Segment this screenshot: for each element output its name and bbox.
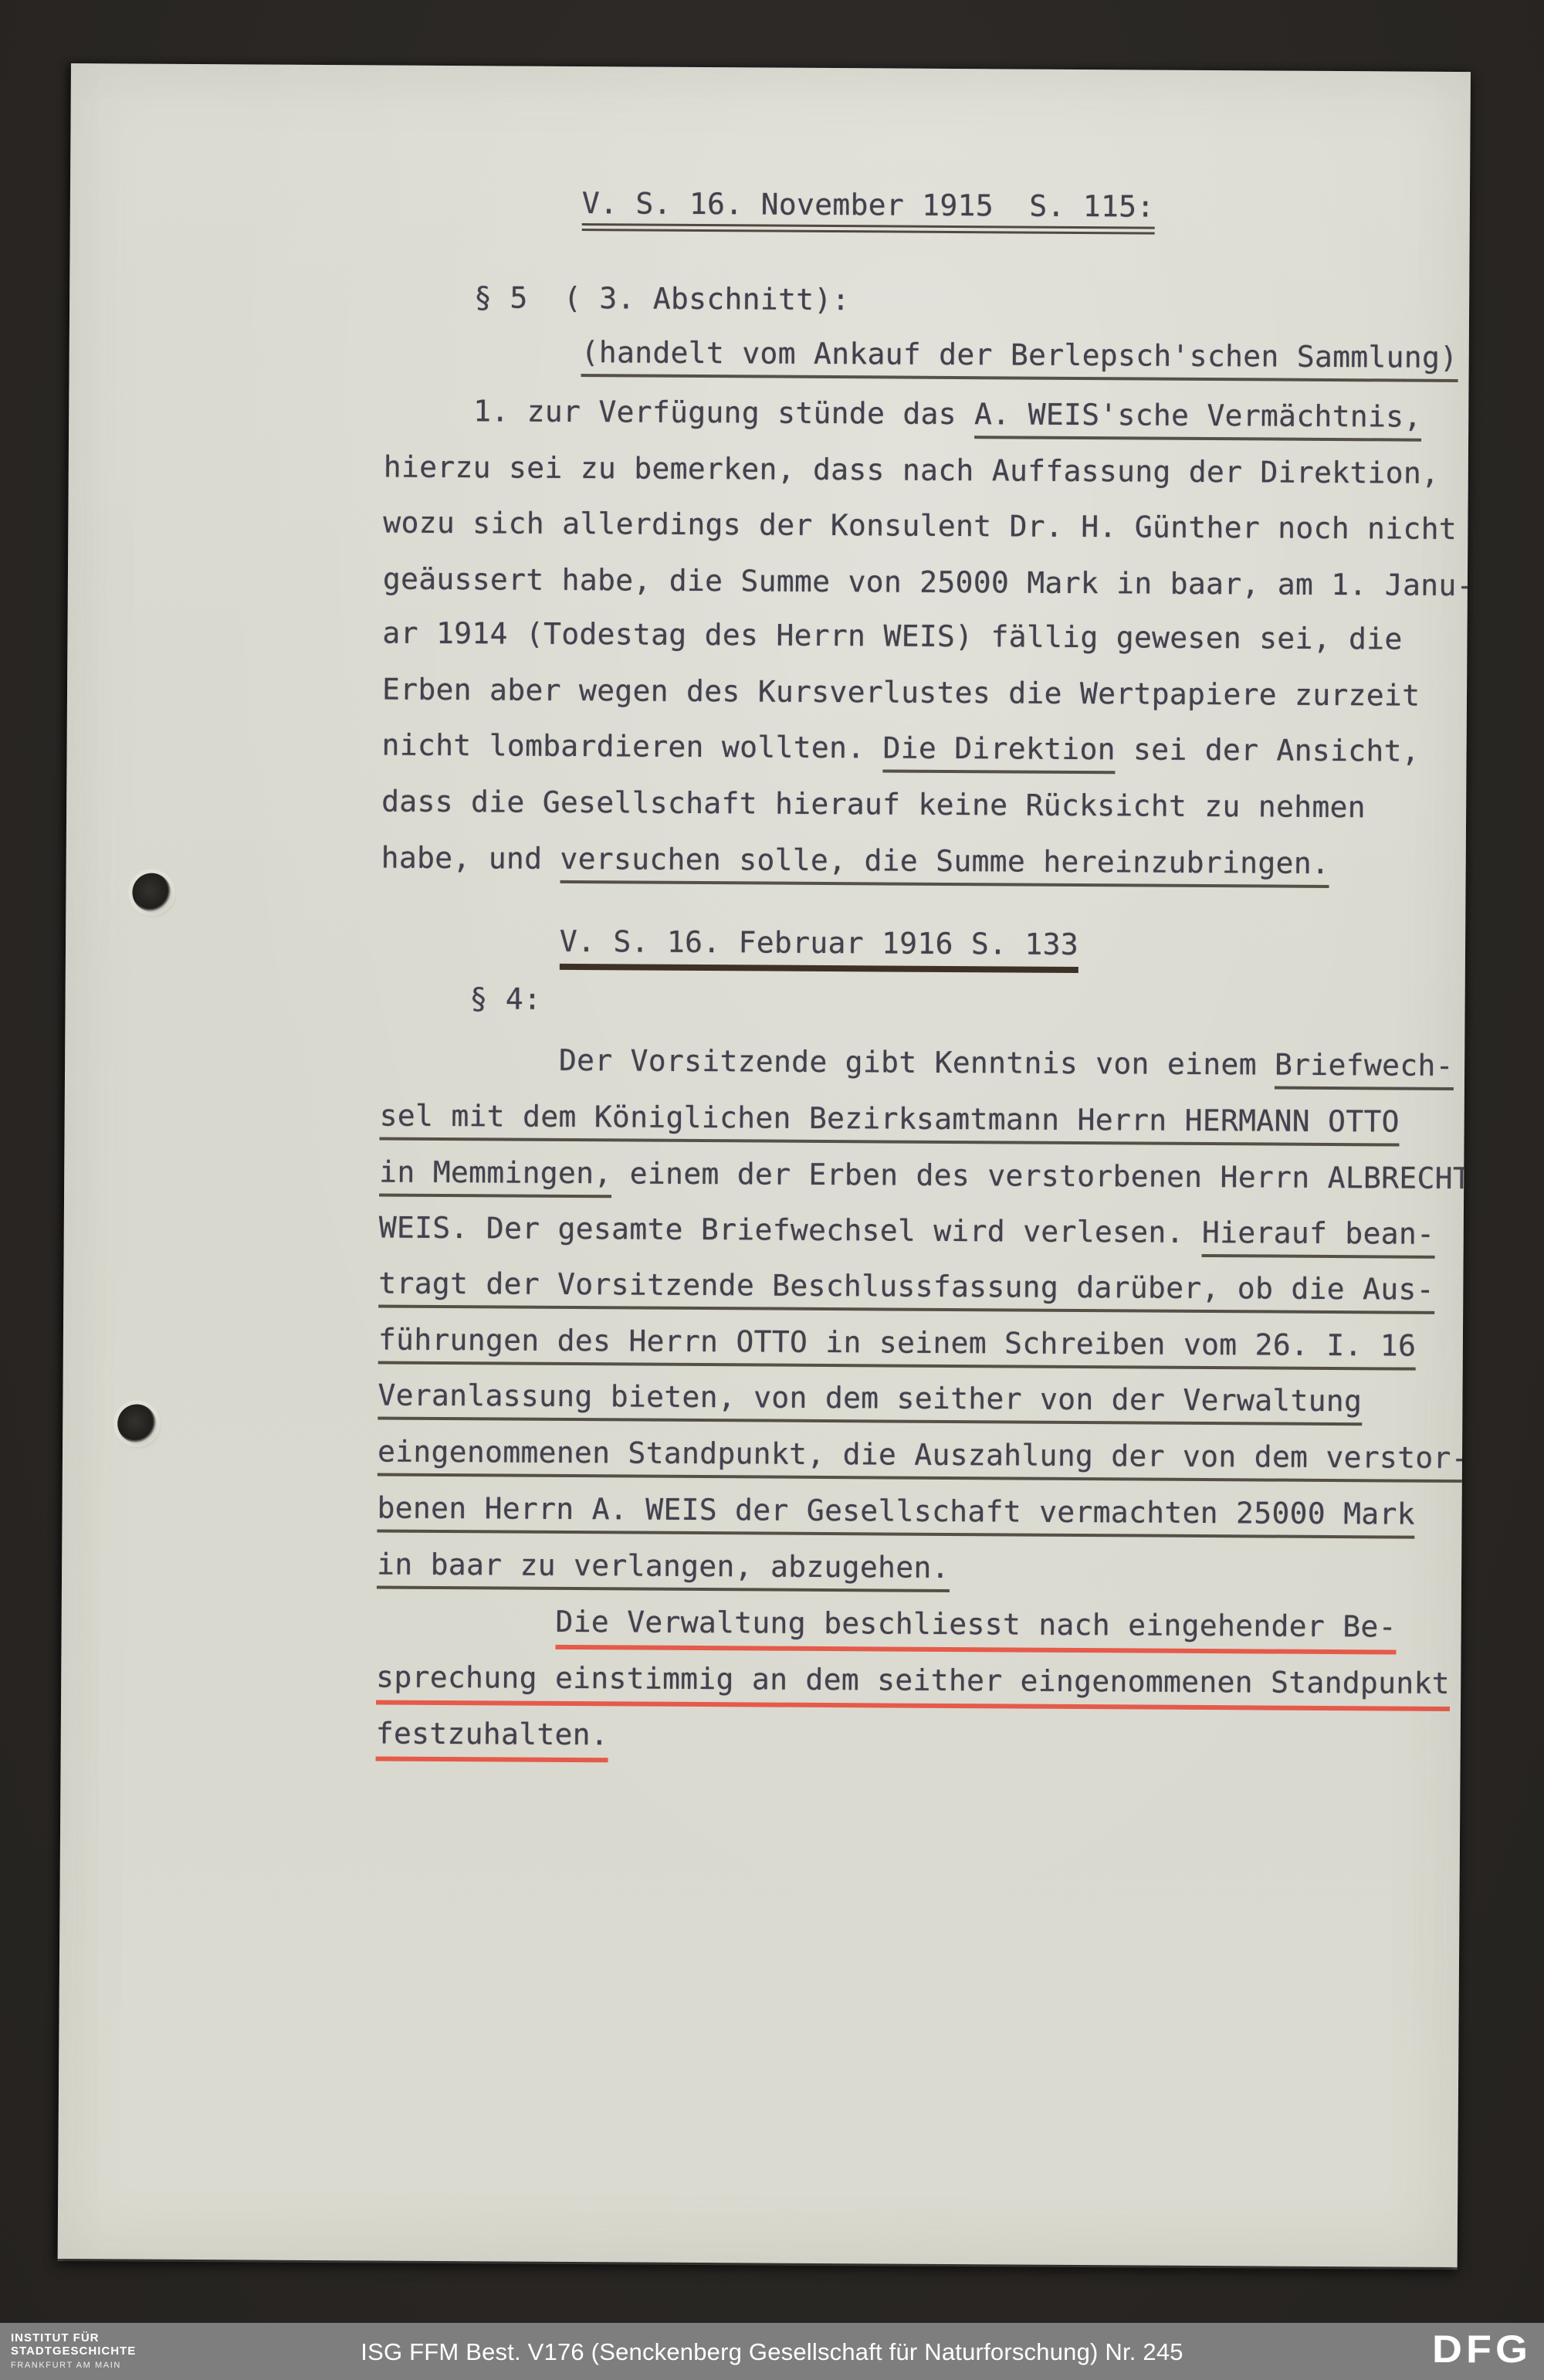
typewritten-line: wozu sich allerdings der Konsulent Dr. H… xyxy=(383,505,1457,545)
typewritten-line: V. S. 16. Februar 1916 S. 133 xyxy=(560,924,1079,973)
underlined-text: Die Direktion xyxy=(882,731,1116,774)
text-segment: nicht lombardieren wollten. xyxy=(381,727,882,765)
underlined-text: versuchen solle, die Summe hereinzubring… xyxy=(560,842,1329,888)
text-segment: 1. zur Verfügung stünde das xyxy=(473,394,974,431)
underlined-text: sprechung einstimmig an dem seither eing… xyxy=(376,1660,1450,1710)
text-segment: WEIS. Der gesamte Briefwechsel wird verl… xyxy=(379,1210,1202,1249)
typewritten-line: benen Herrn A. WEIS der Gesellschaft ver… xyxy=(377,1490,1415,1538)
typewritten-line: Veranlassung bieten, von dem seither von… xyxy=(378,1378,1362,1426)
underlined-text: eingenommenen Standpunkt, die Auszahlung… xyxy=(378,1434,1469,1483)
typewritten-line: § 5 ( 3. Abschnitt): xyxy=(474,280,850,317)
underlined-text: festzuhalten. xyxy=(376,1716,609,1762)
text-segment: wozu sich allerdings der Konsulent Dr. H… xyxy=(383,505,1457,545)
underlined-text: in baar zu verlangen, abzugehen. xyxy=(377,1547,950,1592)
underlined-text: Hierauf bean- xyxy=(1202,1215,1435,1259)
punch-hole-top xyxy=(132,873,171,912)
footer-bar: INSTITUT FÜR STADTGESCHICHTE FRANKFURT A… xyxy=(0,2323,1544,2380)
typewritten-line: in baar zu verlangen, abzugehen. xyxy=(377,1547,950,1592)
typewritten-line: V. S. 16. November 1915 S. 115: xyxy=(582,186,1155,235)
typewritten-line: hierzu sei zu bemerken, dass nach Auffas… xyxy=(384,449,1440,490)
text-segment: geäussert habe, die Summe von 25000 Mark… xyxy=(383,561,1471,602)
typewritten-line: Die Verwaltung beschliesst nach eingehen… xyxy=(555,1605,1397,1655)
document-page: V. S. 16. November 1915 S. 115:§ 5 ( 3. … xyxy=(58,63,1471,2267)
underlined-text: Briefwech- xyxy=(1275,1048,1454,1090)
typewritten-line: habe, und versuchen solle, die Summe her… xyxy=(381,840,1330,888)
text-segment: § 5 ( 3. Abschnitt): xyxy=(474,280,850,317)
typewritten-line: eingenommenen Standpunkt, die Auszahlung… xyxy=(378,1434,1469,1483)
text-segment: Der Vorsitzende gibt Kenntnis von einem xyxy=(559,1043,1275,1082)
text-segment: Erben aber wegen des Kursverlustes die W… xyxy=(382,672,1420,712)
underlined-text: tragt der Vorsitzende Beschlussfassung d… xyxy=(378,1266,1434,1314)
typewritten-line: 1. zur Verfügung stünde das A. WEIS'sche… xyxy=(473,394,1422,442)
typewritten-line: geäussert habe, die Summe von 25000 Mark… xyxy=(383,561,1471,602)
typewritten-text-block: V. S. 16. November 1915 S. 115:§ 5 ( 3. … xyxy=(71,63,1471,72)
typewritten-line: sprechung einstimmig an dem seither eing… xyxy=(376,1660,1450,1710)
underlined-text: (handelt vom Ankauf der Berlepsch'schen … xyxy=(581,335,1458,382)
typewritten-line: Der Vorsitzende gibt Kenntnis von einem … xyxy=(559,1043,1454,1090)
punch-hole-bottom xyxy=(117,1404,156,1443)
underlined-text: A. WEIS'sche Vermächtnis, xyxy=(974,397,1422,442)
typewritten-line: sel mit dem Königlichen Bezirksamtmann H… xyxy=(379,1098,1399,1146)
typewritten-line: tragt der Vorsitzende Beschlussfassung d… xyxy=(378,1266,1434,1314)
underlined-text: Veranlassung bieten, von dem seither von… xyxy=(378,1378,1362,1426)
typewritten-line: führungen des Herrn OTTO in seinem Schre… xyxy=(378,1322,1417,1370)
typewritten-line: Erben aber wegen des Kursverlustes die W… xyxy=(382,672,1420,712)
underlined-text: sel mit dem Königlichen Bezirksamtmann H… xyxy=(379,1098,1399,1146)
typewritten-line: dass die Gesellschaft hierauf keine Rück… xyxy=(381,784,1366,824)
underlined-text: in Memmingen, xyxy=(379,1154,612,1198)
typewritten-line: in Memmingen, einem der Erben des versto… xyxy=(379,1154,1471,1203)
underlined-text: V. S. 16. November 1915 S. 115: xyxy=(582,186,1155,235)
text-segment: einem der Erben des verstorbenen Herrn A… xyxy=(611,1156,1471,1195)
text-segment: hierzu sei zu bemerken, dass nach Auffas… xyxy=(384,449,1440,490)
text-segment: § 4: xyxy=(469,981,541,1016)
underlined-text: Die Verwaltung beschliesst nach eingehen… xyxy=(555,1605,1397,1655)
text-segment: habe, und xyxy=(381,840,560,875)
typewritten-line: nicht lombardieren wollten. Die Direktio… xyxy=(381,727,1420,775)
text-segment: sei der Ansicht, xyxy=(1116,732,1420,768)
text-segment: ar 1914 (Todestag des Herrn WEIS) fällig… xyxy=(382,615,1402,656)
typewritten-line: (handelt vom Ankauf der Berlepsch'schen … xyxy=(581,335,1458,382)
typewritten-line: ar 1914 (Todestag des Herrn WEIS) fällig… xyxy=(382,615,1402,656)
dfg-logo: DFG xyxy=(1432,2327,1532,2372)
underlined-text: V. S. 16. Februar 1916 S. 133 xyxy=(560,924,1079,973)
typewritten-line: § 4: xyxy=(469,981,541,1016)
typewritten-line: WEIS. Der gesamte Briefwechsel wird verl… xyxy=(379,1210,1435,1258)
text-segment: dass die Gesellschaft hierauf keine Rück… xyxy=(381,784,1366,824)
underlined-text: führungen des Herrn OTTO in seinem Schre… xyxy=(378,1322,1417,1370)
scan-background: V. S. 16. November 1915 S. 115:§ 5 ( 3. … xyxy=(0,0,1544,2380)
archive-reference: ISG FFM Best. V176 (Senckenberg Gesellsc… xyxy=(0,2338,1544,2366)
underlined-text: benen Herrn A. WEIS der Gesellschaft ver… xyxy=(377,1490,1415,1538)
typewritten-line: festzuhalten. xyxy=(376,1716,609,1762)
